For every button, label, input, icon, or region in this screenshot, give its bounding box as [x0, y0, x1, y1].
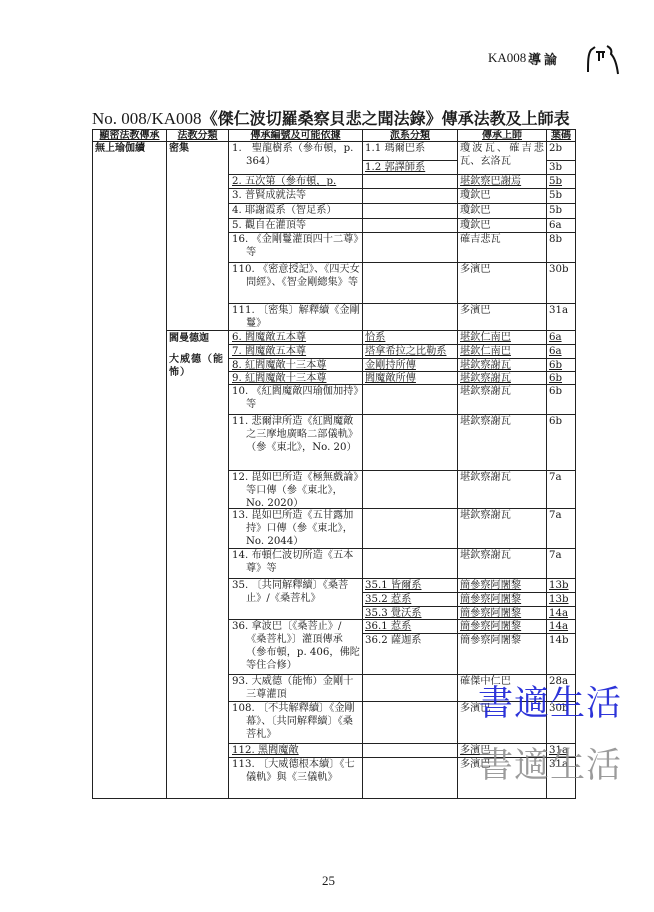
- table-row-item: 7. 閻魔敵五本尊: [228, 344, 363, 359]
- table-row-item: 113. 〔大威德根本續〕《七儀軌》與《三儀軌》: [228, 757, 363, 799]
- page-number: 25: [322, 873, 335, 889]
- lineage-cell: 閻魔敵所傳: [362, 371, 458, 385]
- lineage-cell: 塔拿希拉之比勒系: [362, 344, 458, 359]
- lineage-cell: 1.2 郭譯師系: [362, 160, 458, 175]
- lineage-cell: 36.2 薩迦系: [362, 633, 458, 675]
- table-row-item: 110. 《密意授記》、《四天女問經》、《智金剛總集》等: [228, 262, 363, 304]
- lineage-cell: [362, 757, 458, 799]
- master-cell: 簡參察阿闍黎: [457, 619, 547, 634]
- folio-cell: 6b: [546, 358, 576, 372]
- category-label: 閻曼德迦: [169, 332, 226, 345]
- category-label: 大威德（能怖）: [169, 353, 225, 379]
- master-cell: 瓊欽巴: [457, 203, 547, 219]
- lineage-cell: [362, 303, 458, 331]
- table-row-item: 11. 悲爾津所造《紅閻魔敵之三摩地廣略二部儀軌》（參《東北》，No. 20）: [228, 414, 363, 471]
- lineage-cell: [362, 203, 458, 219]
- table-row-item: 2. 五次第（參布頓，p. 364）: [228, 174, 363, 189]
- lineage-cell: 35.1 皆爾系: [362, 578, 458, 593]
- category-cell: 閻曼德迦 大威德（能怖）: [166, 330, 229, 799]
- master-cell: 多濱巴: [457, 262, 547, 304]
- table-row-item: 5. 觀自在灌頂等: [228, 218, 363, 233]
- watermark-blue: 書適生活: [478, 676, 622, 726]
- folio-cell: 6b: [546, 414, 576, 471]
- master-cell: 多濱巴: [457, 303, 547, 331]
- master-cell: 瓊欽巴: [457, 188, 547, 204]
- header-code: KA008: [488, 50, 526, 66]
- folio-cell: 6b: [546, 371, 576, 385]
- table-row-item: 111. 〔密集〕解釋續《金剛鬘》: [228, 303, 363, 331]
- folio-cell: 2b: [546, 141, 576, 161]
- watermark-gray: 書適生活: [478, 738, 622, 788]
- master-cell: 堪欽察謝瓦: [457, 508, 547, 549]
- folio-cell: 13b: [546, 592, 576, 607]
- table-row-item: 35. 〔共同解釋續〕《桑菩止》/《桑菩札》: [228, 578, 363, 620]
- folio-cell: 14b: [546, 633, 576, 675]
- folio-cell: 7a: [546, 548, 576, 579]
- folio-cell: 6a: [546, 344, 576, 359]
- master-cell: 堪欽察謝瓦: [457, 470, 547, 509]
- category-cell: 密集: [166, 141, 229, 331]
- folio-cell: 31a: [546, 303, 576, 331]
- table-row-item: 93. 大威德（能怖）金剛十三尊灌頂: [228, 674, 363, 702]
- table-row-item: 36. 拿波巴〔《桑菩止》/《桑菩札》〕灌頂傳承（參布頓，p. 406，佛陀等住…: [228, 619, 363, 675]
- master-cell: 堪欽仁南巴: [457, 330, 547, 345]
- tibetan-syllable-icon: [582, 44, 622, 76]
- lineage-cell: 金剛持所傳: [362, 358, 458, 372]
- folio-cell: 30b: [546, 262, 576, 304]
- lineage-cell: [362, 232, 458, 263]
- lineage-cell: 1.1 瑪爾巴系: [362, 141, 458, 161]
- folio-cell: 14a: [546, 619, 576, 634]
- table-row-item: 13. 毘如巴所造《五甘露加持》口傳（參《東北》，No. 2044）: [228, 508, 363, 549]
- lineage-cell: [362, 508, 458, 549]
- table-row-item: 10. 《紅閻魔敵四瑜伽加持》等: [228, 384, 363, 415]
- lineage-cell: 36.1 惹系: [362, 619, 458, 634]
- title-main: 《傑仁波切羅桑察貝悲之聞法錄》傳承法教及上師表: [202, 109, 570, 128]
- table-row-item: 6. 閻魔敵五本尊: [228, 330, 363, 345]
- lineage-cell: [362, 414, 458, 471]
- folio-cell: 7a: [546, 508, 576, 549]
- table-row-item: 16. 《金剛鬘灌頂四十二尊》等: [228, 232, 363, 263]
- level-cell: 無上瑜伽續: [92, 141, 167, 799]
- master-cell: 簡參察阿闍黎: [457, 592, 547, 607]
- master-cell: 堪欽察謝瓦: [457, 414, 547, 471]
- lineage-cell: [362, 470, 458, 509]
- lineage-cell: [362, 674, 458, 702]
- lineage-cell: [362, 188, 458, 204]
- lineage-cell: [362, 701, 458, 744]
- header-section: 導論: [528, 49, 560, 68]
- master-cell: 確吉悲瓦: [457, 232, 547, 263]
- master-cell: 簡參察阿闍黎: [457, 578, 547, 593]
- folio-cell: 6b: [546, 384, 576, 415]
- master-cell: 堪欽察謝瓦: [457, 358, 547, 372]
- lineage-cell: [362, 384, 458, 415]
- table-row-item: 14. 布頓仁波切所造《五本尊》等: [228, 548, 363, 579]
- folio-cell: 3b: [546, 160, 576, 175]
- master-cell: 瓊波瓦、確吉悲瓦、玄洛瓦: [457, 141, 547, 175]
- folio-cell: 6a: [546, 330, 576, 345]
- master-cell: 簡參察阿闍黎: [457, 633, 547, 675]
- lineage-cell: [362, 548, 458, 579]
- master-cell: 簡參察阿闍黎: [457, 606, 547, 620]
- folio-cell: 14a: [546, 606, 576, 620]
- folio-cell: 5b: [546, 188, 576, 204]
- lineage-cell: [362, 174, 458, 189]
- table-row-item: 9. 紅閻魔敵十三本尊: [228, 371, 363, 385]
- lineage-cell: 35.2 惹系: [362, 592, 458, 607]
- table-row-item: 8. 紅閻魔敵十三本尊: [228, 358, 363, 372]
- lineage-cell: 35.3 覺沃系: [362, 606, 458, 620]
- table-row-item: 4. 耶謝霞系（智足系）: [228, 203, 363, 219]
- table-row-item: 3. 普賢成就法等: [228, 188, 363, 204]
- document-title: No. 008/KA008《傑仁波切羅桑察貝悲之聞法錄》傳承法教及上師表: [92, 106, 570, 129]
- folio-cell: 8b: [546, 232, 576, 263]
- master-cell: 瓊欽巴: [457, 218, 547, 233]
- master-cell: 堪欽察謝瓦: [457, 371, 547, 385]
- folio-cell: 7a: [546, 470, 576, 509]
- master-cell: 堪欽仁南巴: [457, 344, 547, 359]
- master-cell: 堪欽察謝瓦: [457, 384, 547, 415]
- table-row-item: 1. 聖龍樹系（參布頓，p. 364）: [228, 141, 363, 175]
- folio-cell: 6a: [546, 218, 576, 233]
- folio-cell: 13b: [546, 578, 576, 593]
- master-cell: 堪欽察巴謝焉: [457, 174, 547, 189]
- table-row-item: 12. 毘如巴所造《極無戲論》等口傳（參《東北》，No. 2020）: [228, 470, 363, 509]
- lineage-cell: [362, 218, 458, 233]
- master-cell: 堪欽察謝瓦: [457, 548, 547, 579]
- title-prefix: No. 008/KA008: [92, 109, 202, 128]
- table-row-item: 112. 黑閻魔敵: [228, 743, 363, 758]
- lineage-cell: [362, 743, 458, 758]
- table-row-item: 108. 〔不共解釋續〕《金剛幕》、〔共同解釋續〕《桑菩札》: [228, 701, 363, 744]
- folio-cell: 5b: [546, 174, 576, 189]
- folio-cell: 5b: [546, 203, 576, 219]
- lineage-cell: [362, 262, 458, 304]
- lineage-cell: 恰系: [362, 330, 458, 345]
